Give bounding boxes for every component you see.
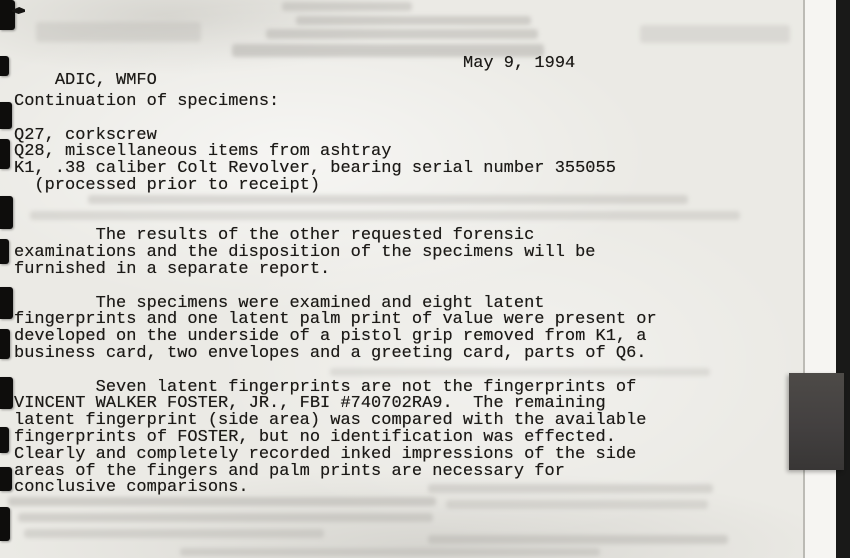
- binding-mark: [0, 56, 9, 76]
- scan-edge-black-bar: [836, 0, 850, 558]
- ghost-smudge: [446, 500, 708, 509]
- binding-mark: [0, 467, 12, 491]
- binding-mark: [0, 377, 13, 409]
- ghost-smudge: [180, 548, 600, 556]
- ghost-smudge: [282, 2, 412, 11]
- document-header: ADIC, WMFO May 9, 1994: [14, 56, 814, 73]
- scanned-document-page: ADIC, WMFO May 9, 1994 Continuation of s…: [0, 0, 850, 558]
- binding-mark: [0, 427, 9, 453]
- header-date: May 9, 1994: [463, 56, 575, 73]
- document-body-text: Continuation of specimens: Q27, corkscre…: [14, 94, 657, 497]
- binding-mark: [0, 507, 10, 541]
- binding-mark: [0, 0, 15, 30]
- binding-mark: [0, 196, 13, 229]
- ghost-smudge: [428, 535, 728, 544]
- ghost-smudge: [24, 529, 324, 538]
- ghost-smudge: [8, 497, 436, 506]
- binding-mark: [0, 239, 9, 264]
- binding-mark: [0, 287, 13, 319]
- binder-clip: [789, 373, 844, 470]
- ghost-smudge: [296, 16, 531, 25]
- binding-mark: [0, 329, 10, 359]
- ghost-smudge: [640, 25, 790, 43]
- binding-mark: [0, 102, 12, 129]
- ghost-smudge: [36, 22, 201, 42]
- ghost-smudge: [266, 29, 538, 39]
- header-recipient: ADIC, WMFO: [55, 71, 157, 90]
- ghost-smudge: [18, 513, 433, 522]
- binding-mark: [0, 139, 10, 169]
- scan-edge-strip: [805, 0, 836, 558]
